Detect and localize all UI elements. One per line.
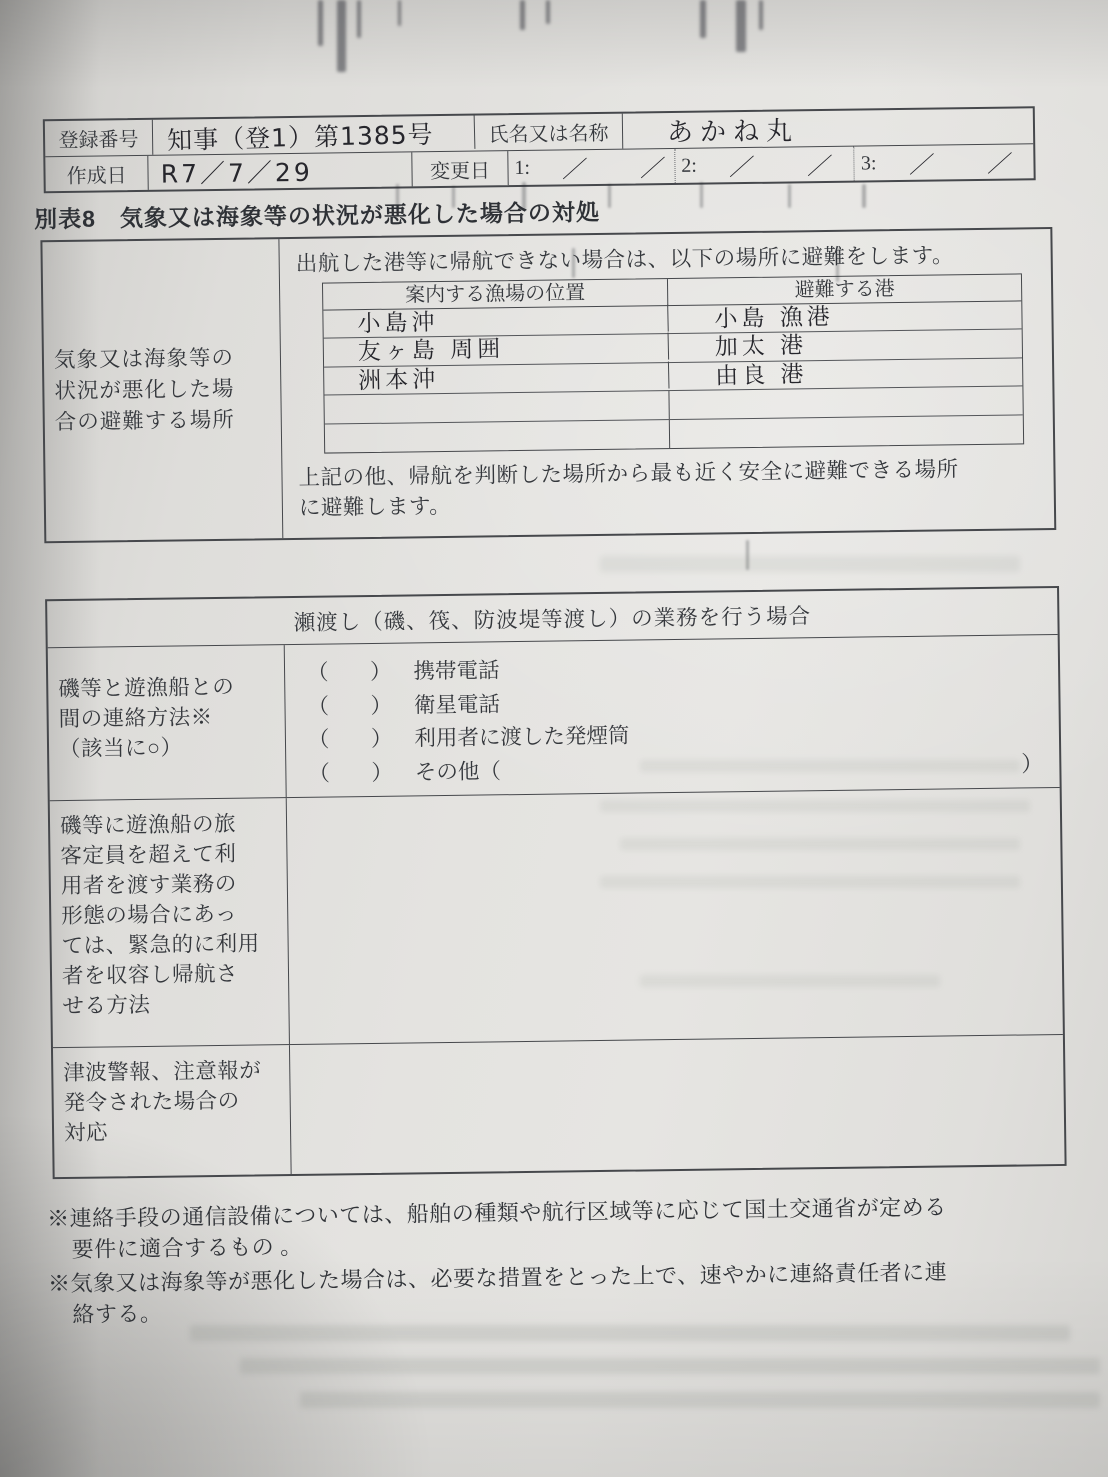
document-title: 別表8 気象又は海象等の状況が悪化した場合の対処 [34,194,600,234]
modified-slot-2: 2: ／ ／ [675,147,855,183]
owner-name-label: 氏名又は名称 [475,114,623,151]
tsunami-label-line: 対応 [64,1115,286,1148]
evacuation-row-label: 気象又は海象等の 状況が悪化した場 合の避難する場所 [42,239,283,541]
bleed-through [600,800,1030,812]
ink-streak [862,184,866,208]
modified-slot-1: 1: ／ ／ [508,149,675,185]
ink-streak [608,184,611,208]
refuge-port-cell [670,415,1023,448]
document-sheet: 登録番号 知事（登1）第1385号 氏名又は名称 あかね丸 作成日 R7／7／2… [0,0,1108,1477]
contact-label-line: （該当に○） [59,731,281,764]
fishing-spot-cell [325,420,670,453]
header-table: 登録番号 知事（登1）第1385号 氏名又は名称 あかね丸 作成日 R7／7／2… [43,106,1036,193]
ink-smudge [357,0,361,38]
contact-method-label: 磯等と遊漁船との 間の連絡方法※ （該当に○） [48,645,287,800]
contact-label-line: 磯等と遊漁船との [58,671,280,704]
checkbox-parens: （ ） [308,756,403,791]
ink-streak [522,182,526,210]
overcapacity-label-line: 客定員を超えて利 [60,838,282,871]
created-date-label: 作成日 [45,156,149,191]
contact-label-line: 間の連絡方法※ [58,701,280,734]
slot-value: ／ ／ [729,147,850,182]
tsunami-label-line: 津波警報、注意報が [63,1055,285,1088]
ink-streak [700,182,703,208]
option-label: 利用者に渡した発煙筒 [414,720,629,756]
tsunami-label-line: 発令された場合の [63,1085,285,1118]
modified-date-label: 変更日 [413,151,509,186]
option-label: 携帯電話 [413,654,499,689]
overcapacity-answer-cell [287,788,1063,1044]
contact-method-options: （ ） 携帯電話 （ ） 衛星電話 （ ） 利用者に渡した発煙筒 （ ） その他… [285,635,1060,797]
bleed-through [640,760,1020,772]
checkbox-parens: （ ） [307,689,402,724]
ink-streak [572,248,575,278]
owner-name-value: あかね丸 [623,108,1033,148]
ink-smudge [520,0,525,30]
evacuation-intro: 出航した港等に帰航できない場合は、以下の場所に避難をします。 [296,237,1043,278]
evacuation-label-line: 状況が悪化した場 [54,373,276,407]
overcapacity-label-line: せる方法 [62,988,284,1021]
ink-streak [452,186,455,208]
evacuation-table: 気象又は海象等の 状況が悪化した場 合の避難する場所 出航した港等に帰航できない… [40,227,1056,543]
overcapacity-label-line: 形態の場合にあっ [61,898,283,931]
slot-value: ／ ／ [562,149,683,184]
bleed-through [640,975,940,987]
bleed-through [600,876,1020,888]
bleed-through [300,1392,1100,1408]
ink-smudge [736,0,746,52]
registration-label: 登録番号 [45,120,153,156]
contact-method-row: 磯等と遊漁船との 間の連絡方法※ （該当に○） （ ） 携帯電話 （ ） 衛星電… [48,635,1060,800]
tsunami-answer-cell [290,1035,1065,1174]
ink-smudge [337,0,346,72]
refuge-port-cell [669,387,1022,419]
bleed-through [620,838,1020,850]
registration-value: 知事（登1）第1385号 [153,114,476,157]
evacuation-content: 出航した港等に帰航できない場合は、以下の場所に避難をします。 案内する漁場の位置… [279,229,1054,538]
bleed-through [600,556,1020,572]
ink-streak [788,184,791,208]
evacuation-label-line: 合の避難する場所 [55,404,277,438]
tsunami-label: 津波警報、注意報が 発令された場合の 対応 [53,1045,292,1177]
slot-number: 2: [681,154,697,177]
slot-number: 1: [514,156,530,179]
checkbox-parens: （ ） [307,656,402,691]
ink-smudge [318,0,323,46]
ink-smudge [546,0,550,24]
overcapacity-label-line: 者を収容し帰航さ [62,958,284,991]
closing-paren: ） [1021,747,1043,778]
fishing-spot-cell [324,391,669,423]
created-date-value: R7／7／29 [149,152,413,189]
tsunami-row: 津波警報、注意報が 発令された場合の 対応 [53,1034,1065,1177]
ink-smudge [700,0,706,38]
checkbox-parens: （ ） [308,723,403,758]
overcapacity-row: 磯等に遊漁船の旅 客定員を超えて利 用者を渡す業務の 形態の場合にあっ ては、緊… [50,787,1063,1047]
overcapacity-label-line: ては、緊急的に利用 [61,928,283,961]
overcapacity-label-line: 磯等に遊漁船の旅 [60,808,282,841]
ink-streak [396,184,399,210]
evacuation-note: 上記の他、帰航を判断した場所から最も近く安全に避難できる場所 に避難します。 [298,453,1046,523]
bleed-through [240,1358,1100,1374]
evacuation-label-line: 気象又は海象等の [54,342,276,376]
refuge-port-table: 案内する漁場の位置 避難する港 小島沖 小島 漁港 友ヶ島 周囲 加太 港 洲本… [322,273,1024,453]
ink-smudge [759,0,763,30]
slot-value: ／ ／ [908,145,1029,180]
modified-slot-3: 3: ／ ／ [855,144,1034,180]
slot-number: 3: [861,152,877,175]
ink-streak [836,248,839,282]
bleed-through [190,1325,1070,1341]
option-label: 衛星電話 [414,688,500,723]
option-label: その他（ [415,755,501,790]
ink-smudge [398,0,401,26]
overcapacity-label-line: 用者を渡す業務の [61,868,283,901]
footnotes: ※連絡手段の通信設備については、船舶の種類や航行区域等に応じて国土交通省が定める… [47,1190,1095,1334]
overcapacity-label: 磯等に遊漁船の旅 客定員を超えて利 用者を渡す業務の 形態の場合にあっ ては、緊… [50,798,290,1047]
